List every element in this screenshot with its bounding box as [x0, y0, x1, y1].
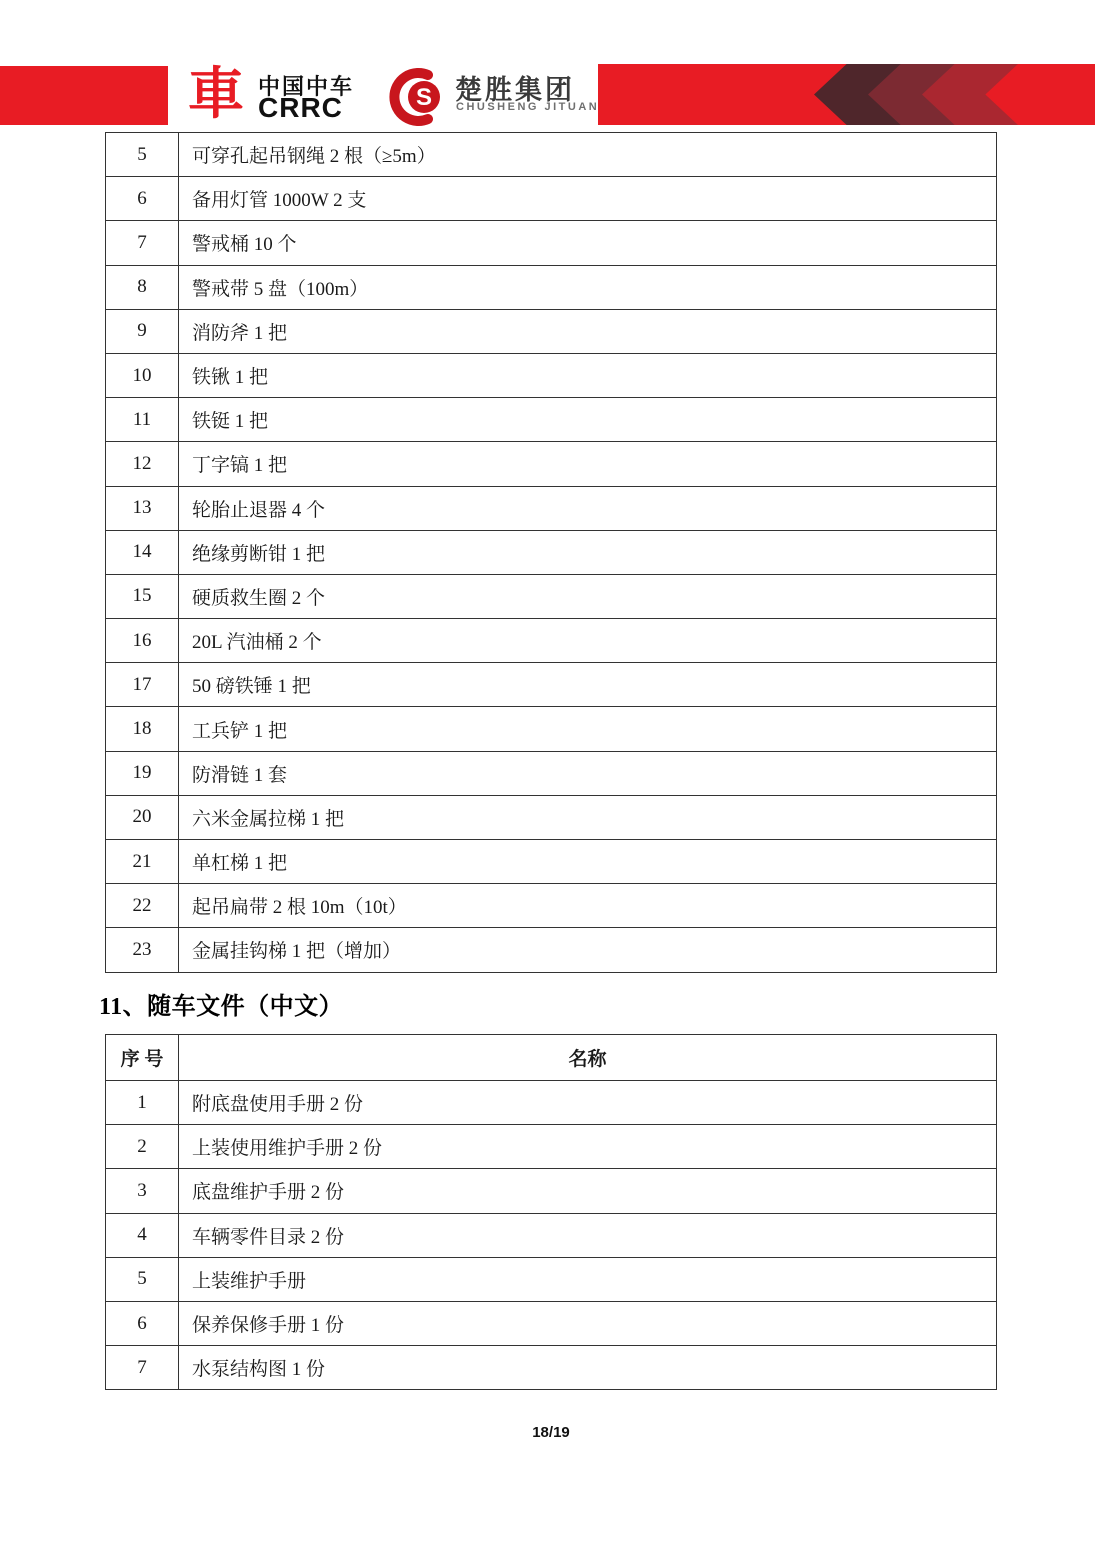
table-row: 1620L 汽油桶 2 个	[106, 619, 997, 663]
table-row: 9消防斧 1 把	[106, 309, 997, 353]
row-name: 车辆零件目录 2 份	[179, 1213, 997, 1257]
table-row: 19防滑链 1 套	[106, 751, 997, 795]
equipment-table: 5可穿孔起吊钢绳 2 根（≥5m）6备用灯管 1000W 2 支7警戒桶 10 …	[105, 132, 997, 973]
row-number: 8	[106, 265, 179, 309]
row-number: 3	[106, 1169, 179, 1213]
row-number: 23	[106, 928, 179, 972]
row-name: 20L 汽油桶 2 个	[179, 619, 997, 663]
row-name: 硬质救生圈 2 个	[179, 574, 997, 618]
chusheng-logo-english-text: CHUSHENG JITUAN	[456, 101, 599, 113]
row-number: 9	[106, 309, 179, 353]
row-name: 备用灯管 1000W 2 支	[179, 177, 997, 221]
row-name: 铁锹 1 把	[179, 353, 997, 397]
row-name: 警戒带 5 盘（100m）	[179, 265, 997, 309]
row-name: 起吊扁带 2 根 10m（10t）	[179, 884, 997, 928]
table-row: 7水泵结构图 1 份	[106, 1346, 997, 1390]
row-name: 防滑链 1 套	[179, 751, 997, 795]
table-row: 2上装使用维护手册 2 份	[106, 1125, 997, 1169]
table-header-row: 序 号 名称	[106, 1035, 997, 1081]
row-name: 工兵铲 1 把	[179, 707, 997, 751]
table-row: 12丁字镐 1 把	[106, 442, 997, 486]
row-name: 附底盘使用手册 2 份	[179, 1081, 997, 1125]
row-number: 10	[106, 353, 179, 397]
row-name: 丁字镐 1 把	[179, 442, 997, 486]
row-number: 20	[106, 795, 179, 839]
row-name: 铁铤 1 把	[179, 398, 997, 442]
row-number: 15	[106, 574, 179, 618]
table-row: 5可穿孔起吊钢绳 2 根（≥5m）	[106, 133, 997, 177]
table-row: 7警戒桶 10 个	[106, 221, 997, 265]
row-number: 7	[106, 1346, 179, 1390]
row-name: 轮胎止退器 4 个	[179, 486, 997, 530]
table-row: 23金属挂钩梯 1 把（增加）	[106, 928, 997, 972]
table-row: 8警戒带 5 盘（100m）	[106, 265, 997, 309]
row-number: 14	[106, 530, 179, 574]
table-row: 22起吊扁带 2 根 10m（10t）	[106, 884, 997, 928]
row-name: 警戒桶 10 个	[179, 221, 997, 265]
table-row: 20六米金属拉梯 1 把	[106, 795, 997, 839]
row-number: 11	[106, 398, 179, 442]
document-page: 車 中国中车 CRRC S 楚胜集团 CHUSHENG JITUAN 5可穿孔起…	[0, 0, 1102, 1559]
page-number: 18/19	[0, 1424, 1102, 1441]
row-name: 金属挂钩梯 1 把（增加）	[179, 928, 997, 972]
row-number: 17	[106, 663, 179, 707]
row-number: 4	[106, 1213, 179, 1257]
row-number: 13	[106, 486, 179, 530]
table-row: 1附底盘使用手册 2 份	[106, 1081, 997, 1125]
row-number: 5	[106, 1257, 179, 1301]
row-number: 2	[106, 1125, 179, 1169]
crrc-logo-english-text: CRRC	[258, 92, 343, 124]
header-cell-name: 名称	[179, 1035, 997, 1081]
table-row: 4车辆零件目录 2 份	[106, 1213, 997, 1257]
header-cell-number: 序 号	[106, 1035, 179, 1081]
header-red-band-left	[0, 66, 168, 125]
row-name: 六米金属拉梯 1 把	[179, 795, 997, 839]
table-row: 15硬质救生圈 2 个	[106, 574, 997, 618]
row-name: 单杠梯 1 把	[179, 840, 997, 884]
row-name: 底盘维护手册 2 份	[179, 1169, 997, 1213]
chusheng-logo-icon: S	[388, 68, 450, 131]
row-name: 绝缘剪断钳 1 把	[179, 530, 997, 574]
row-number: 22	[106, 884, 179, 928]
row-name: 消防斧 1 把	[179, 309, 997, 353]
row-number: 6	[106, 1301, 179, 1345]
row-name: 50 磅铁锤 1 把	[179, 663, 997, 707]
row-number: 7	[106, 221, 179, 265]
table-row: 11铁铤 1 把	[106, 398, 997, 442]
table-row: 5上装维护手册	[106, 1257, 997, 1301]
row-name: 上装使用维护手册 2 份	[179, 1125, 997, 1169]
row-name: 水泵结构图 1 份	[179, 1346, 997, 1390]
row-number: 21	[106, 840, 179, 884]
crrc-logo-icon: 車	[184, 66, 248, 126]
row-number: 1	[106, 1081, 179, 1125]
header-red-band-right	[598, 64, 1095, 125]
row-name: 上装维护手册	[179, 1257, 997, 1301]
section-heading: 11、随车文件（中文）	[99, 986, 343, 1021]
documents-table: 序 号 名称 1附底盘使用手册 2 份2上装使用维护手册 2 份3底盘维护手册 …	[105, 1034, 997, 1390]
table-row: 6保养保修手册 1 份	[106, 1301, 997, 1345]
chusheng-logo-letter: S	[416, 84, 432, 111]
row-number: 6	[106, 177, 179, 221]
row-number: 19	[106, 751, 179, 795]
row-number: 12	[106, 442, 179, 486]
table-row: 21单杠梯 1 把	[106, 840, 997, 884]
row-number: 16	[106, 619, 179, 663]
table-row: 18工兵铲 1 把	[106, 707, 997, 751]
row-number: 5	[106, 133, 179, 177]
row-name: 保养保修手册 1 份	[179, 1301, 997, 1345]
table-row: 10铁锹 1 把	[106, 353, 997, 397]
table-row: 3底盘维护手册 2 份	[106, 1169, 997, 1213]
row-name: 可穿孔起吊钢绳 2 根（≥5m）	[179, 133, 997, 177]
table-row: 14绝缘剪断钳 1 把	[106, 530, 997, 574]
row-number: 18	[106, 707, 179, 751]
table-row: 6备用灯管 1000W 2 支	[106, 177, 997, 221]
table-row: 1750 磅铁锤 1 把	[106, 663, 997, 707]
table-row: 13轮胎止退器 4 个	[106, 486, 997, 530]
